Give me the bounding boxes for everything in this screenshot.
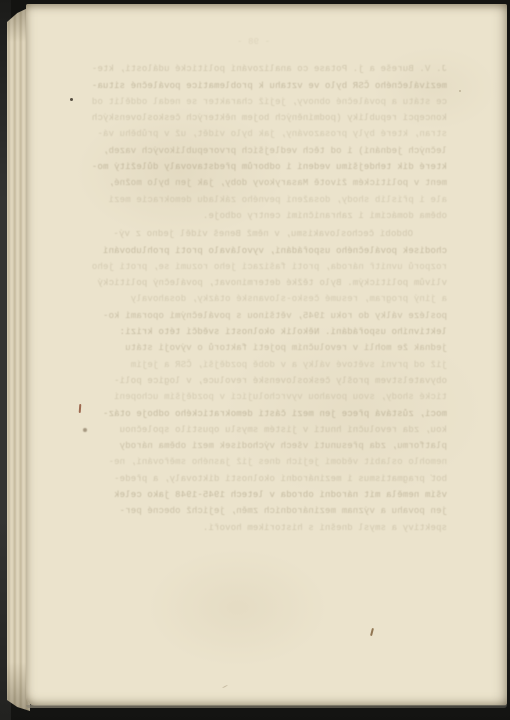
bleed-line: lečných jednání) i od těch vedlejších pr… — [60, 143, 447, 159]
bleed-line: nemohlo oslabit vědomí jejich dnes již j… — [60, 454, 447, 470]
bleed-line: jen povahu a význam mezinárodních změn, … — [60, 503, 447, 519]
bleed-line: již od první světové války a v době pozd… — [60, 357, 447, 373]
bleed-line: platformu, zda přesunutí všech východise… — [60, 438, 447, 454]
bleed-line: ce státu a poválečné obnovy, jejíž chara… — [60, 94, 447, 110]
bleed-paragraph-2: Období čechoslovakismu, v němž Beneš vid… — [60, 226, 447, 536]
bleed-line: kou, zda revoluční hnutí v jistém smyslu… — [60, 422, 447, 438]
ink-speck — [459, 90, 461, 92]
paper-fiber — [370, 628, 374, 636]
bleed-line: ale i příslib shody, dosažení pevného zá… — [60, 192, 447, 208]
bleed-paragraph-1: J. V. Bureše a j. Potase co analizování … — [60, 61, 447, 224]
ink-smudge — [83, 428, 87, 432]
bleed-line: stran, které byly prosazovány, jak bylo … — [60, 126, 447, 142]
bleed-line: meziválečného ČSR bylo ve vztahu k probl… — [60, 78, 447, 94]
page-bottom-edge — [26, 705, 507, 708]
bleed-line: obyvatelstvem prošly československé revo… — [60, 373, 447, 389]
paper-fiber — [222, 685, 228, 689]
bleed-line: jednak že mohli v revolučním pojetí fakt… — [60, 340, 447, 356]
bleed-line: lektivního uspořádání. Několik okolností… — [60, 324, 447, 340]
bleed-line: spektivy a smysl dnešní s historikem hov… — [60, 520, 447, 536]
ink-speck — [70, 98, 73, 101]
scanned-book-photo: { "colors": { "background": "#1e1e1c", "… — [0, 0, 510, 720]
bleed-line: boť pragmatismus i mezinárodní okolnosti… — [60, 471, 447, 487]
bleed-line: vlivům politickým. Bylo těžké determinov… — [60, 275, 447, 291]
bleed-line: tické shody, svou povahou vyvrcholující … — [60, 389, 447, 405]
bleed-line: rozporů uvnitř národa, proti fašizaci je… — [60, 259, 447, 275]
bleed-line: ment v politickém životě Masarykovy doby… — [60, 175, 447, 191]
bleed-line: které dík tehdejšímu vedení i odborům př… — [60, 159, 447, 175]
bleed-line: oběma domácími i zahraničními centry odb… — [60, 208, 447, 224]
bleed-line: vším neměla mít národní obroda v letech … — [60, 487, 447, 503]
bleed-line: a jiný program, resumé česko-slovanské o… — [60, 291, 447, 307]
bleed-line: chodisek poválečného uspořádání, vyvoláv… — [60, 243, 447, 259]
bleed-line: posléze války do roku 1945, většinou s p… — [60, 308, 447, 324]
blank-book-page: - 98 - J. V. Bureše a j. Potase co anali… — [26, 4, 507, 706]
bleed-line: koncepcí republiky (podmíněných bojem ně… — [60, 110, 447, 126]
bleed-through-text: - 98 - J. V. Bureše a j. Potase co anali… — [60, 34, 447, 536]
bleed-line: J. V. Bureše a j. Potase co analizování … — [60, 61, 447, 77]
bleed-line: moci, zůstává přece jen mezi částí demok… — [60, 406, 447, 422]
bleed-line: Období čechoslovakismu, v němž Beneš vid… — [60, 226, 447, 242]
bleed-page-number: - 98 - — [60, 34, 447, 50]
